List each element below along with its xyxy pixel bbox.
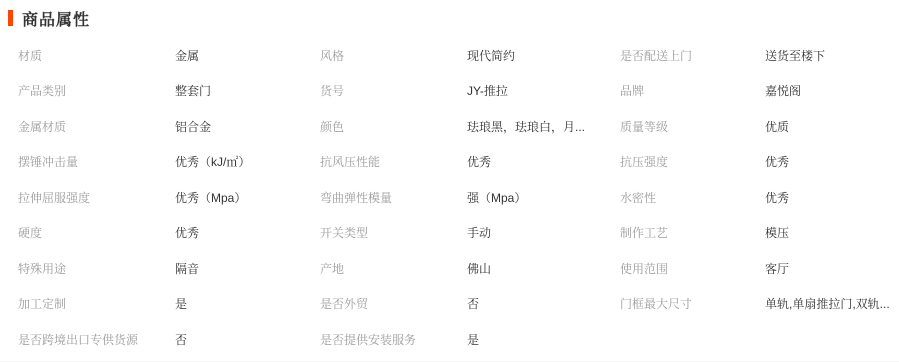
attribute-label: 产品类别 <box>18 83 175 99</box>
attribute-label: 水密性 <box>620 190 765 206</box>
attribute-value: 单轨,单扇推拉门,双轨... <box>765 296 899 312</box>
panel-header: 商品属性 <box>0 0 899 30</box>
attribute-value: 佛山 <box>467 261 620 277</box>
attributes-table: 材质 金属 风格 现代简约 是否配送上门 送货至楼下 产品类别 整套门 货号 J… <box>0 38 899 358</box>
attribute-label: 是否跨境出口专供货源 <box>18 332 175 348</box>
attribute-value: 嘉悦阁 <box>765 83 899 99</box>
attribute-label: 加工定制 <box>18 296 175 312</box>
attribute-label: 硬度 <box>18 225 175 241</box>
attribute-label: 抗风压性能 <box>320 154 467 170</box>
attribute-value: 优秀（Mpa） <box>175 190 320 206</box>
attribute-label: 弯曲弹性模量 <box>320 190 467 206</box>
attribute-label: 货号 <box>320 83 467 99</box>
attribute-label: 抗压强度 <box>620 154 765 170</box>
attribute-value: JY-推拉 <box>467 83 620 99</box>
attribute-value: 是 <box>467 332 620 348</box>
attribute-value: 优秀 <box>175 225 320 241</box>
attribute-label: 质量等级 <box>620 119 765 135</box>
attribute-label: 是否配送上门 <box>620 48 765 64</box>
attribute-value: 珐琅黑，珐琅白，月... <box>467 119 620 135</box>
attribute-label: 品牌 <box>620 83 765 99</box>
attribute-label: 颜色 <box>320 119 467 135</box>
attribute-label: 风格 <box>320 48 467 64</box>
attribute-label: 拉伸屈服强度 <box>18 190 175 206</box>
attribute-value: 手动 <box>467 225 620 241</box>
attribute-label: 材质 <box>18 48 175 64</box>
panel-title: 商品属性 <box>22 7 90 30</box>
attribute-value: 强（Mpa） <box>467 190 620 206</box>
attribute-label: 使用范围 <box>620 261 765 277</box>
attribute-value: 优秀 <box>765 154 899 170</box>
attribute-value: 整套门 <box>175 83 320 99</box>
attribute-label: 产地 <box>320 261 467 277</box>
attribute-label: 制作工艺 <box>620 225 765 241</box>
attribute-value: 优质 <box>765 119 899 135</box>
product-attributes-panel: 商品属性 材质 金属 风格 现代简约 是否配送上门 送货至楼下 产品类别 整套门… <box>0 0 899 362</box>
attribute-label: 是否提供安装服务 <box>320 332 467 348</box>
attribute-value: 隔音 <box>175 261 320 277</box>
attribute-value: 模压 <box>765 225 899 241</box>
accent-bar-icon <box>8 10 13 26</box>
attribute-label: 门框最大尺寸 <box>620 296 765 312</box>
attribute-value: 否 <box>175 332 320 348</box>
attribute-value: 铝合金 <box>175 119 320 135</box>
attribute-label: 金属材质 <box>18 119 175 135</box>
attribute-label: 摆锤冲击量 <box>18 154 175 170</box>
attribute-value: 优秀 <box>765 190 899 206</box>
attribute-value: 是 <box>175 296 320 312</box>
attribute-value: 否 <box>467 296 620 312</box>
attribute-label: 是否外贸 <box>320 296 467 312</box>
attribute-value: 优秀 <box>467 154 620 170</box>
attribute-value: 优秀（kJ/㎡） <box>175 154 320 170</box>
attribute-value: 金属 <box>175 48 320 64</box>
attribute-label: 开关类型 <box>320 225 467 241</box>
attribute-value: 客厅 <box>765 261 899 277</box>
attribute-label: 特殊用途 <box>18 261 175 277</box>
attribute-value: 现代简约 <box>467 48 620 64</box>
attribute-value: 送货至楼下 <box>765 48 899 64</box>
